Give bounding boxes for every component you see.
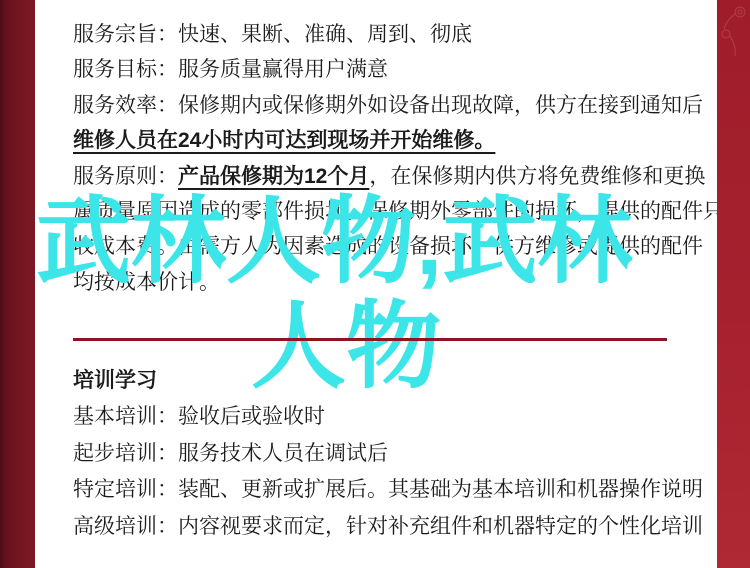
section-divider — [73, 338, 667, 341]
service-line-text: 服务原则： — [73, 165, 178, 188]
training-line-text: 起步培训：服务技术人员在调试后 — [73, 442, 388, 465]
training-line-basic: 基本培训：验收后或验收时 — [73, 399, 718, 435]
service-line-text: 服务效率：保修期内或保修期外如设备出现故障，供方在接到通知后 — [73, 94, 703, 117]
service-line-text: 服务宗旨：快速、果断、准确、周到、彻底 — [73, 23, 472, 46]
service-line-text: 均按成本价计。 — [73, 271, 220, 294]
document-page: 服务宗旨：快速、果断、准确、周到、彻底 服务目标：服务质量赢得用户满意 服务效率… — [0, 0, 750, 568]
service-line-text: 服务目标：服务质量赢得用户满意 — [73, 58, 388, 81]
training-line-text: 特定培训：装配、更新或扩展后。其基础为基本培训和机器操作说明 — [73, 478, 703, 501]
training-heading: 培训学习 — [73, 363, 718, 399]
service-line-goal: 服务目标：服务质量赢得用户满意 — [73, 52, 718, 87]
training-line-text: 高级培训：内容视要求而定，针对补充组件和机器特定的个性化培训 — [73, 515, 703, 538]
training-line-startup: 起步培训：服务技术人员在调试后 — [73, 436, 718, 472]
service-line-repair-24h: 维修人员在24小时内可达到现场并开始维修。 — [73, 123, 718, 158]
training-line-text: 基本培训：验收后或验收时 — [73, 405, 325, 428]
service-line-cost: 收成本费。由需方人为因素造成的设备损坏，供方维修或提供的配件 — [73, 229, 718, 264]
service-section: 服务宗旨：快速、果断、准确、周到、彻底 服务目标：服务质量赢得用户满意 服务效率… — [73, 17, 718, 300]
service-line-efficiency: 服务效率：保修期内或保修期外如设备出现故障，供方在接到通知后 — [73, 88, 718, 123]
service-line-parts-quality: 属质量原因造成的零部件损坏。保修期外零部件的损坏，提供的配件只 — [73, 194, 718, 229]
service-line-purpose: 服务宗旨：快速、果断、准确、周到、彻底 — [73, 17, 718, 52]
training-section: 培训学习 基本培训：验收后或验收时 起步培训：服务技术人员在调试后 特定培训：装… — [73, 363, 718, 545]
left-border-bar — [0, 0, 35, 568]
training-line-specific: 特定培训：装配、更新或扩展后。其基础为基本培训和机器操作说明 — [73, 472, 718, 508]
flower-pattern-icon — [718, 2, 750, 62]
service-line-cost-end: 均按成本价计。 — [73, 265, 718, 300]
training-line-advanced: 高级培训：内容视要求而定，针对补充组件和机器特定的个性化培训 — [73, 509, 718, 545]
right-border-bar — [717, 0, 750, 568]
service-line-text: 属质量原因造成的零部件损坏。保修期外零部件的损坏，提供的配件只 — [73, 200, 724, 223]
warranty-period-text-bold-underline: 产品保修期为12个月 — [178, 165, 369, 188]
service-line-text: ，在保修期内供方将免费维修和更换 — [369, 165, 705, 188]
service-line-text: 收成本费。由需方人为因素造成的设备损坏，供方维修或提供的配件 — [73, 235, 703, 258]
service-line-text-bold-underline: 维修人员在24小时内可达到现场并开始维修。 — [73, 129, 495, 152]
service-line-principle: 服务原则：产品保修期为12个月，在保修期内供方将免费维修和更换 — [73, 159, 718, 194]
